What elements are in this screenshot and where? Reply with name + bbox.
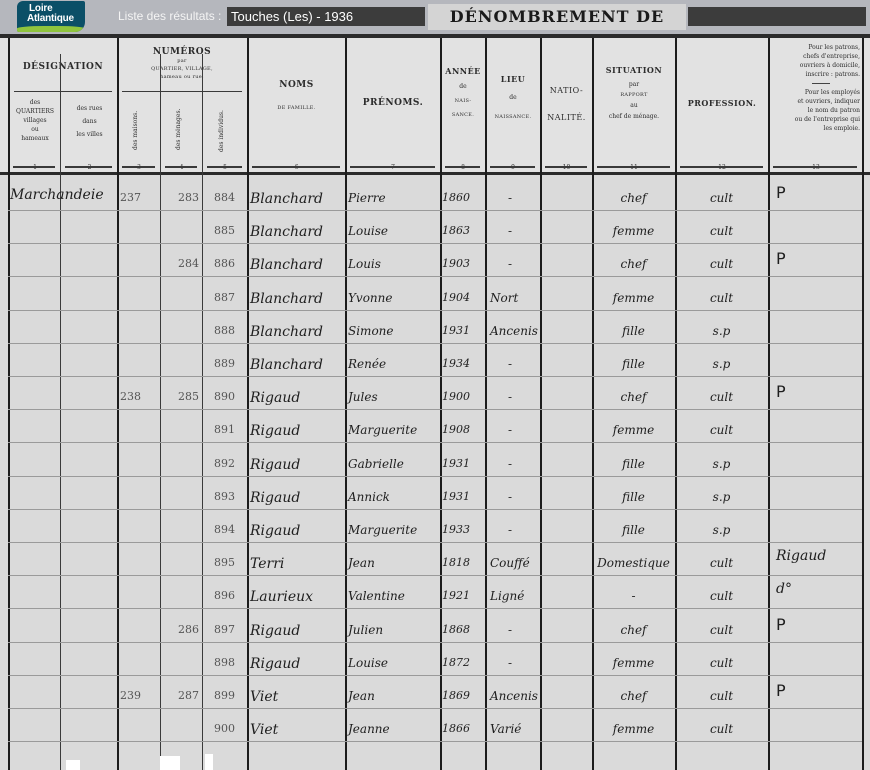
header-underline	[165, 166, 197, 168]
header-text-line: inscrire : patrons.	[772, 70, 860, 79]
cell-prenom: Jules	[348, 390, 378, 404]
cell-situation: fille	[592, 357, 675, 371]
header-text-line: les villes	[62, 128, 117, 141]
cell-individu: 891	[214, 423, 235, 436]
cell-menage: 286	[178, 623, 199, 636]
cell-individu: 886	[214, 257, 235, 270]
cell-profession: cult	[675, 191, 768, 205]
cell-situation: chef	[592, 623, 675, 637]
row-rule	[8, 343, 862, 344]
cell-prenom: Jeanne	[348, 722, 390, 736]
cell-lieu: -	[508, 623, 512, 637]
header-underline	[680, 166, 763, 168]
header-annee-title: ANNÉE	[441, 66, 485, 76]
header-text-line: QUARTIERS	[10, 107, 60, 116]
cell-prenom: Marguerite	[348, 523, 417, 537]
cell-patron: Rigaud	[776, 548, 826, 564]
cell-annee: 1931	[442, 490, 470, 503]
header-underline	[13, 166, 55, 168]
header-annee-line: de	[441, 82, 485, 91]
cell-patron: P	[776, 249, 786, 268]
cell-nom: Rigaud	[250, 457, 300, 473]
header-underline	[445, 166, 480, 168]
header-lieu-title: LIEU	[486, 74, 540, 84]
row-rule	[8, 376, 862, 377]
column-rule	[117, 38, 119, 770]
cell-menage: 284	[178, 257, 199, 270]
header-patron: Pour les patrons,chefs d'entreprise,ouvr…	[772, 43, 860, 133]
cell-maison: 239	[120, 689, 141, 702]
row-rule	[8, 642, 862, 643]
header-situation-line: au	[593, 101, 675, 110]
header-col-number: 10	[541, 154, 592, 173]
cell-situation: chef	[592, 689, 675, 703]
cell-prenom: Julien	[348, 623, 383, 637]
header-text-line: ou	[10, 125, 60, 134]
header-text-line: des rues	[62, 102, 117, 115]
cell-profession: cult	[675, 556, 768, 570]
cell-annee: 1869	[442, 689, 470, 702]
cell-situation: femme	[592, 224, 675, 238]
cell-nom: Rigaud	[250, 523, 300, 539]
header-underline	[252, 166, 340, 168]
cell-annee: 1933	[442, 523, 470, 536]
cell-lieu: Nort	[490, 291, 518, 305]
cell-lieu: -	[508, 490, 512, 504]
row-rule	[8, 741, 862, 742]
cell-quartier: Marchandeie	[10, 187, 104, 203]
header-text-line: QUARTIER, VILLAGE,	[118, 65, 246, 73]
cell-lieu: -	[508, 224, 512, 238]
header-col-number: 8	[441, 154, 485, 173]
cell-nom: Viet	[250, 689, 278, 705]
header-annee: ANNÉE de NAIS- SANCE.	[441, 66, 485, 119]
cell-annee: 1931	[442, 324, 470, 337]
cell-prenom: Yvonne	[348, 291, 392, 305]
cell-lieu: -	[508, 523, 512, 537]
header-noms-title: NOMS	[248, 80, 345, 90]
header-text-line: par	[118, 57, 246, 65]
column-rule	[247, 38, 249, 770]
cell-individu: 884	[214, 191, 235, 204]
row-rule	[8, 608, 862, 609]
header-numeros-title: NUMÉROS	[118, 47, 246, 57]
column-rule	[485, 38, 487, 770]
header-situation-line: RAPPORT	[593, 91, 675, 99]
cell-profession: cult	[675, 257, 768, 271]
cell-lieu: -	[508, 390, 512, 404]
header-col-number: 11	[593, 154, 675, 173]
cell-lieu: -	[508, 357, 512, 371]
cell-situation: femme	[592, 722, 675, 736]
row-rule	[8, 243, 862, 244]
cell-maison: 237	[120, 191, 141, 204]
header-designation-title: DÉSIGNATION	[10, 62, 116, 72]
cell-individu: 894	[214, 523, 235, 536]
row-rule	[8, 442, 862, 443]
cell-situation: Domestique	[592, 556, 675, 570]
header-underline	[773, 166, 857, 168]
cell-annee: 1934	[442, 357, 470, 370]
cell-profession: cult	[675, 623, 768, 637]
cell-annee: 1872	[442, 656, 470, 669]
header-underline	[350, 166, 435, 168]
column-rule	[862, 38, 864, 770]
cell-annee: 1863	[442, 224, 470, 237]
cell-nom: Rigaud	[250, 623, 300, 639]
cell-nom: Rigaud	[250, 656, 300, 672]
header-lieu-line: NAISSANCE.	[486, 113, 540, 121]
cell-individu: 897	[214, 623, 235, 636]
header-col-quartiers: desQUARTIERSvillagesouhameaux	[10, 98, 60, 143]
row-rule	[8, 675, 862, 676]
cell-menage: 287	[178, 689, 199, 702]
cell-menage: 283	[178, 191, 199, 204]
header-text-line: ou de l'entreprise qui	[772, 115, 860, 124]
column-rule	[160, 54, 161, 770]
toolbar-strip	[688, 7, 866, 26]
row-rule	[8, 210, 862, 211]
header-situation-line: par	[593, 80, 675, 89]
header-lieu: LIEU de NAISSANCE.	[486, 74, 540, 121]
header-col-number: 4	[161, 154, 202, 173]
cell-profession: cult	[675, 589, 768, 603]
paper-damage	[205, 754, 213, 770]
cell-situation: -	[592, 589, 675, 603]
cell-nom: Laurieux	[250, 589, 313, 605]
header-text-line: hameaux	[10, 134, 60, 143]
header-nationalite: NATIO- NALITÉ.	[541, 86, 592, 122]
cell-annee: 1903	[442, 257, 470, 270]
header-underline	[597, 166, 670, 168]
header-situation-line: chef de ménage.	[593, 112, 675, 121]
cell-menage: 285	[178, 390, 199, 403]
column-rule	[60, 54, 61, 770]
cell-annee: 1904	[442, 291, 470, 304]
header-text-line: les emploie.	[772, 124, 860, 133]
header-col-number: 5	[203, 154, 247, 173]
cell-patron: d°	[776, 581, 792, 597]
cell-individu: 885	[214, 224, 235, 237]
header-col-number: 9	[486, 154, 540, 173]
header-noms: NOMS DE FAMILLE.	[248, 80, 345, 112]
header-text-line: chefs d'entreprise,	[772, 52, 860, 61]
header-situation: SITUATION par RAPPORT au chef de ménage.	[593, 65, 675, 121]
header-annee-line: NAIS-	[441, 97, 485, 105]
row-rule	[8, 708, 862, 709]
cell-lieu: Ancenis	[490, 324, 538, 338]
cell-situation: femme	[592, 423, 675, 437]
cell-nom: Blanchard	[250, 257, 323, 273]
cell-individu: 899	[214, 689, 235, 702]
header-text-line: des	[10, 98, 60, 107]
header-profession-title: PROFESSION.	[676, 98, 768, 108]
column-rule	[540, 38, 542, 770]
header-col-maisons: des maisons.	[132, 100, 139, 150]
cell-situation: fille	[592, 523, 675, 537]
cell-profession: s.p	[675, 324, 768, 338]
cell-profession: cult	[675, 423, 768, 437]
cell-lieu: -	[508, 423, 512, 437]
cell-prenom: Simone	[348, 324, 394, 338]
header-brace	[14, 91, 112, 92]
cell-annee: 1931	[442, 457, 470, 470]
cell-prenom: Louis	[348, 257, 381, 271]
cell-maison: 238	[120, 390, 141, 403]
document-title: DÉNOMBREMENT DE 1936.	[428, 4, 686, 30]
header-col-number: 6	[248, 154, 345, 173]
cell-situation: femme	[592, 656, 675, 670]
cell-lieu: -	[508, 656, 512, 670]
cell-situation: chef	[592, 390, 675, 404]
cell-individu: 898	[214, 656, 235, 669]
cell-situation: fille	[592, 324, 675, 338]
cell-individu: 893	[214, 490, 235, 503]
cell-situation: fille	[592, 457, 675, 471]
header-col-menages: des ménages.	[175, 100, 182, 150]
cell-individu: 889	[214, 357, 235, 370]
header-designation: DÉSIGNATION	[10, 62, 116, 72]
cell-prenom: Louise	[348, 656, 388, 670]
cell-nom: Blanchard	[250, 324, 323, 340]
cell-annee: 1908	[442, 423, 470, 436]
header-col-number: 12	[676, 154, 768, 173]
header-numeros-subtitle: parQUARTIER, VILLAGE,hameau ou rue.	[118, 57, 246, 81]
cell-individu: 896	[214, 589, 235, 602]
cell-nom: Rigaud	[250, 390, 300, 406]
paper-damage	[66, 760, 80, 770]
loire-atlantique-logo[interactable]: Loire Atlantique	[17, 1, 85, 32]
header-prenoms: PRÉNOMS.	[346, 98, 440, 108]
cell-lieu: Couffé	[490, 556, 530, 570]
header-underline	[545, 166, 587, 168]
cell-individu: 892	[214, 457, 235, 470]
cell-profession: cult	[675, 656, 768, 670]
header-brace	[122, 91, 242, 92]
header-nationalite-line: NALITÉ.	[541, 113, 592, 122]
cell-profession: s.p	[675, 490, 768, 504]
cell-prenom: Pierre	[348, 191, 386, 205]
header-text-line: Pour les employés	[772, 88, 860, 97]
header-situation-title: SITUATION	[593, 65, 675, 75]
header-nationalite-line: NATIO-	[541, 86, 592, 95]
row-rule	[8, 276, 862, 277]
logo-text-line2: Atlantique	[27, 14, 74, 24]
cell-individu: 895	[214, 556, 235, 569]
top-bar: Loire Atlantique Liste des résultats : T…	[0, 0, 870, 34]
cell-nom: Rigaud	[250, 490, 300, 506]
cell-profession: cult	[675, 291, 768, 305]
header-underline	[490, 166, 535, 168]
cell-profession: cult	[675, 224, 768, 238]
cell-profession: s.p	[675, 457, 768, 471]
cell-prenom: Marguerite	[348, 423, 417, 437]
cell-annee: 1860	[442, 191, 470, 204]
cell-annee: 1866	[442, 722, 470, 735]
cell-individu: 890	[214, 390, 235, 403]
cell-nom: Blanchard	[250, 224, 323, 240]
cell-prenom: Annick	[348, 490, 390, 504]
results-search-field[interactable]: Touches (Les) - 1936	[227, 7, 425, 26]
cell-profession: s.p	[675, 357, 768, 371]
header-bottom-rule	[0, 172, 870, 175]
cell-patron: P	[776, 183, 786, 202]
header-col-number: 3	[118, 154, 160, 173]
header-text-line: Pour les patrons,	[772, 43, 860, 52]
logo-swoosh-icon	[17, 26, 85, 32]
cell-profession: s.p	[675, 523, 768, 537]
cell-lieu: Ancenis	[490, 689, 538, 703]
row-rule	[8, 542, 862, 543]
column-rule	[8, 38, 10, 770]
cell-nom: Rigaud	[250, 423, 300, 439]
header-col-rues: des ruesdansles villes	[62, 102, 117, 141]
cell-lieu: Ligné	[490, 589, 524, 603]
column-rule	[202, 54, 203, 770]
header-annee-line: SANCE.	[441, 111, 485, 119]
cell-profession: cult	[675, 722, 768, 736]
cell-prenom: Gabrielle	[348, 457, 404, 471]
cell-prenom: Jean	[348, 689, 375, 703]
row-rule	[8, 575, 862, 576]
header-numeros: NUMÉROS parQUARTIER, VILLAGE,hameau ou r…	[118, 47, 246, 81]
header-col-number: 1	[10, 154, 60, 173]
cell-patron: P	[776, 615, 786, 634]
header-text-line: et ouvriers, indiquer	[772, 97, 860, 106]
header-noms-sub: DE FAMILLE.	[248, 104, 345, 112]
cell-situation: femme	[592, 291, 675, 305]
header-separator	[812, 83, 830, 84]
header-text-line: hameau ou rue.	[118, 73, 246, 81]
header-text-line: villages	[10, 116, 60, 125]
header-col-number: 7	[346, 154, 440, 173]
cell-patron: P	[776, 382, 786, 401]
paper-damage	[160, 756, 180, 770]
header-col-number: 2	[62, 154, 117, 173]
cell-individu: 900	[214, 722, 235, 735]
cell-lieu: -	[508, 257, 512, 271]
header-underline	[207, 166, 242, 168]
cell-situation: fille	[592, 490, 675, 504]
cell-profession: cult	[675, 390, 768, 404]
cell-patron: P	[776, 681, 786, 700]
row-rule	[8, 409, 862, 410]
column-rule	[768, 38, 770, 770]
cell-profession: cult	[675, 689, 768, 703]
cell-prenom: Louise	[348, 224, 388, 238]
row-rule	[8, 310, 862, 311]
header-profession: PROFESSION.	[676, 98, 768, 108]
cell-annee: 1921	[442, 589, 470, 602]
column-rule	[345, 38, 347, 770]
header-col-individus: des individus.	[218, 98, 225, 152]
cell-lieu: -	[508, 191, 512, 205]
header-prenoms-title: PRÉNOMS.	[346, 98, 440, 108]
cell-prenom: Renée	[348, 357, 386, 371]
header-underline	[65, 166, 112, 168]
row-rule	[8, 476, 862, 477]
cell-lieu: Varié	[490, 722, 521, 736]
header-text-line: dans	[62, 115, 117, 128]
row-rule	[8, 509, 862, 510]
header-col-number: 13	[770, 154, 862, 173]
cell-nom: Viet	[250, 722, 278, 738]
results-list-label: Liste des résultats :	[118, 9, 221, 23]
cell-annee: 1818	[442, 556, 470, 569]
cell-annee: 1868	[442, 623, 470, 636]
cell-nom: Blanchard	[250, 291, 323, 307]
cell-prenom: Jean	[348, 556, 375, 570]
header-lieu-line: de	[486, 93, 540, 102]
cell-lieu: -	[508, 457, 512, 471]
cell-situation: chef	[592, 257, 675, 271]
header-underline	[122, 166, 155, 168]
census-page-image[interactable]: DÉSIGNATION desQUARTIERSvillagesouhameau…	[0, 38, 870, 770]
cell-annee: 1900	[442, 390, 470, 403]
cell-prenom: Valentine	[348, 589, 405, 603]
header-text-line: ouvriers à domicile,	[772, 61, 860, 70]
cell-individu: 887	[214, 291, 235, 304]
cell-nom: Blanchard	[250, 191, 323, 207]
cell-nom: Blanchard	[250, 357, 323, 373]
cell-nom: Terri	[250, 556, 284, 572]
header-text-line: le nom du patron	[772, 106, 860, 115]
cell-individu: 888	[214, 324, 235, 337]
cell-situation: chef	[592, 191, 675, 205]
